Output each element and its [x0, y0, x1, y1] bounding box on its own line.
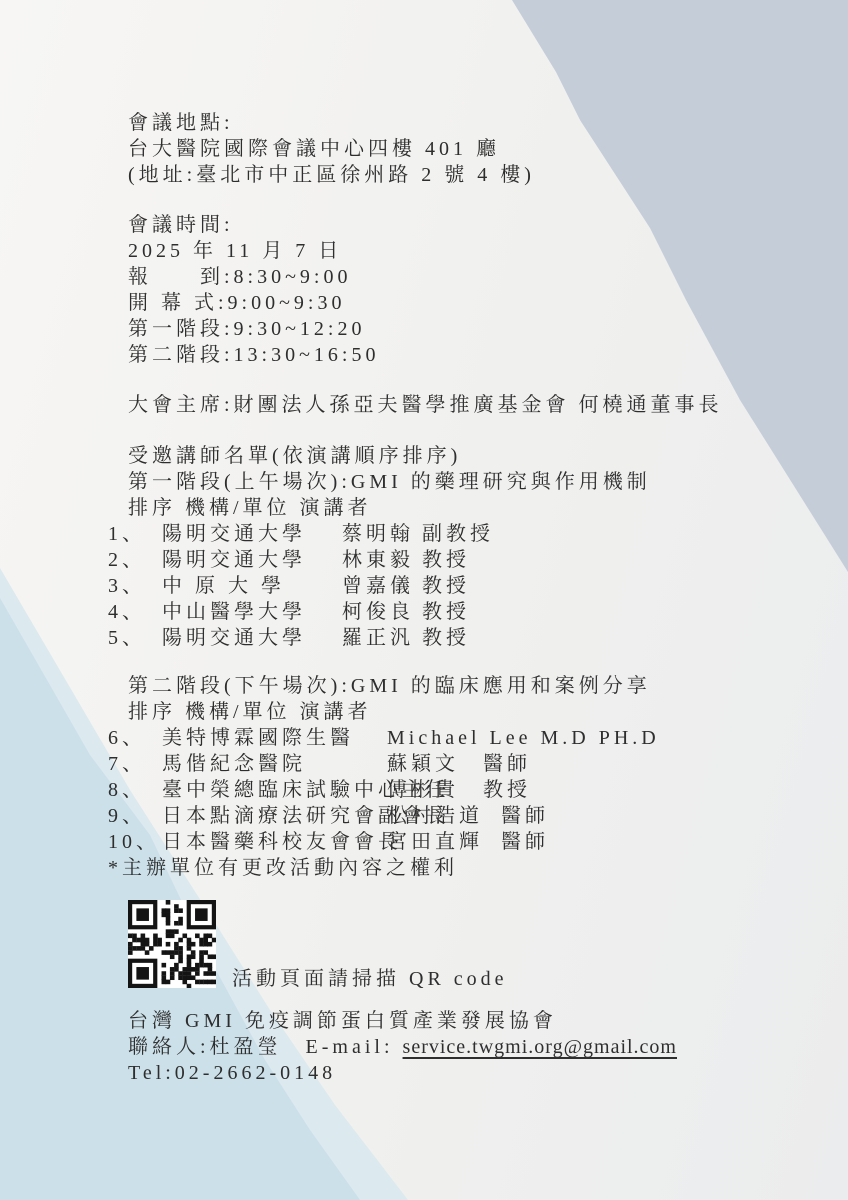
- session1-title: 第一階段(上午場次):GMI 的藥理研究與作用機制: [128, 469, 748, 495]
- session2-title: 第二階段(下午場次):GMI 的臨床應用和案例分享: [128, 673, 748, 699]
- association-name: 台灣 GMI 免疫調節蛋白質產業發展協會: [128, 1008, 748, 1034]
- session2-columns: 排序 機構/單位 演講者: [128, 699, 748, 725]
- time-stage2: 第二階段:13:30~16:50: [128, 342, 748, 368]
- row-number: 4、: [108, 599, 162, 625]
- qr-code: [128, 900, 216, 988]
- location-address: (地址:臺北市中正區徐州路 2 號 4 樓): [128, 162, 748, 188]
- speaker-row: 10、 日本醫藥科校友會會長 宮田直輝 醫師: [108, 829, 748, 855]
- document-page: 會議地點: 台大醫院國際會議中心四樓 401 廳 (地址:臺北市中正區徐州路 2…: [0, 0, 848, 1200]
- row-speaker-title: 醫師: [501, 829, 549, 855]
- row-speaker-name: 林東毅: [342, 547, 422, 573]
- row-speaker-title: 教授: [422, 599, 470, 625]
- time-heading: 會議時間:: [128, 212, 748, 238]
- row-number: 9、: [108, 803, 162, 829]
- row-speaker-title: 教授: [422, 625, 470, 651]
- time-block: 會議時間: 2025 年 11 月 7 日 報 到:8:30~9:00 開 幕 …: [128, 212, 748, 368]
- row-organization: 日本醫藥科校友會會長: [162, 829, 387, 855]
- row-speaker-name: 羅正汎: [342, 625, 422, 651]
- time-registration: 報 到:8:30~9:00: [128, 264, 748, 290]
- qr-caption: 活動頁面請掃描 QR code: [232, 966, 508, 992]
- row-speaker-name: 傅彬貴: [387, 777, 465, 803]
- row-speaker-title: 副教授: [422, 521, 494, 547]
- row-number: 10、: [108, 829, 162, 855]
- row-number: 7、: [108, 751, 162, 777]
- row-organization: 陽明交通大學: [162, 521, 342, 547]
- row-number: 8、: [108, 777, 162, 803]
- row-speaker-name: 宮田直輝: [387, 829, 483, 855]
- footer-block: 台灣 GMI 免疫調節蛋白質產業發展協會 聯絡人:杜盈瑩 E-mail: ser…: [128, 1008, 748, 1086]
- speaker-row: 5、 陽明交通大學 羅正汎 教授: [108, 625, 748, 651]
- chair-block: 大會主席:財團法人孫亞夫醫學推廣基金會 何橈通董事長: [128, 392, 748, 418]
- speaker-row: 6、 美特博霖國際生醫 Michael Lee M.D PH.D: [108, 725, 748, 751]
- row-speaker-title: 教授: [483, 777, 531, 803]
- row-number: 1、: [108, 521, 162, 547]
- session1-block: 受邀講師名單(依演講順序排序) 第一階段(上午場次):GMI 的藥理研究與作用機…: [128, 443, 748, 651]
- email-link[interactable]: service.twgmi.org@gmail.com: [403, 1036, 677, 1058]
- speaker-row: 3、 中 原 大 學 曾嘉儀 教授: [108, 573, 748, 599]
- document-body: 會議地點: 台大醫院國際會議中心四樓 401 廳 (地址:臺北市中正區徐州路 2…: [128, 110, 748, 1086]
- contact-line: 聯絡人:杜盈瑩 E-mail: service.twgmi.org@gmail.…: [128, 1034, 748, 1060]
- location-venue: 台大醫院國際會議中心四樓 401 廳: [128, 136, 748, 162]
- speakers-heading: 受邀講師名單(依演講順序排序): [128, 443, 748, 469]
- telephone-line: Tel:02-2662-0148: [128, 1060, 748, 1086]
- row-organization: 陽明交通大學: [162, 625, 342, 651]
- row-speaker-title: 教授: [422, 547, 470, 573]
- chair-line: 大會主席:財團法人孫亞夫醫學推廣基金會 何橈通董事長: [128, 392, 748, 418]
- speaker-row: 1、 陽明交通大學 蔡明翰 副教授: [108, 521, 748, 547]
- row-organization: 臺中榮總臨床試驗中心主任: [162, 777, 387, 803]
- speaker-row: 2、 陽明交通大學 林東毅 教授: [108, 547, 748, 573]
- speaker-row: 4、 中山醫學大學 柯俊良 教授: [108, 599, 748, 625]
- row-speaker-name: 蘇穎文: [387, 751, 465, 777]
- row-speaker-title: 教授: [422, 573, 470, 599]
- time-stage1: 第一階段:9:30~12:20: [128, 316, 748, 342]
- row-organization: 中山醫學大學: [162, 599, 342, 625]
- speaker-row: 9、 日本點滴療法研究會副會長 松村浩道 醫師: [108, 803, 748, 829]
- time-opening: 開 幕 式:9:00~9:30: [128, 290, 748, 316]
- row-speaker-name: 蔡明翰: [342, 521, 422, 547]
- contact-label: 聯絡人:杜盈瑩 E-mail:: [128, 1036, 403, 1058]
- location-heading: 會議地點:: [128, 110, 748, 136]
- speaker-row: 8、 臺中榮總臨床試驗中心主任 傅彬貴 教授: [108, 777, 748, 803]
- row-speaker-name: 柯俊良: [342, 599, 422, 625]
- location-block: 會議地點: 台大醫院國際會議中心四樓 401 廳 (地址:臺北市中正區徐州路 2…: [128, 110, 748, 188]
- session1-columns: 排序 機構/單位 演講者: [128, 495, 748, 521]
- row-number: 6、: [108, 725, 162, 751]
- row-number: 5、: [108, 625, 162, 651]
- row-number: 2、: [108, 547, 162, 573]
- organizer-note: *主辦單位有更改活動內容之權利: [108, 855, 748, 881]
- qr-section: 活動頁面請掃描 QR code: [128, 900, 748, 996]
- row-organization: 陽明交通大學: [162, 547, 342, 573]
- row-number: 3、: [108, 573, 162, 599]
- row-speaker-name: 曾嘉儀: [342, 573, 422, 599]
- time-date: 2025 年 11 月 7 日: [128, 238, 748, 264]
- row-speaker-name: Michael Lee M.D PH.D: [387, 725, 660, 751]
- row-organization: 馬偕紀念醫院: [162, 751, 387, 777]
- row-organization: 中 原 大 學: [162, 573, 342, 599]
- row-speaker-title: 醫師: [501, 803, 549, 829]
- session2-block: 第二階段(下午場次):GMI 的臨床應用和案例分享 排序 機構/單位 演講者 6…: [128, 673, 748, 881]
- row-speaker-name: 松村浩道: [387, 803, 483, 829]
- row-organization: 美特博霖國際生醫: [162, 725, 387, 751]
- row-speaker-title: 醫師: [483, 751, 531, 777]
- row-organization: 日本點滴療法研究會副會長: [162, 803, 387, 829]
- speaker-row: 7、 馬偕紀念醫院 蘇穎文 醫師: [108, 751, 748, 777]
